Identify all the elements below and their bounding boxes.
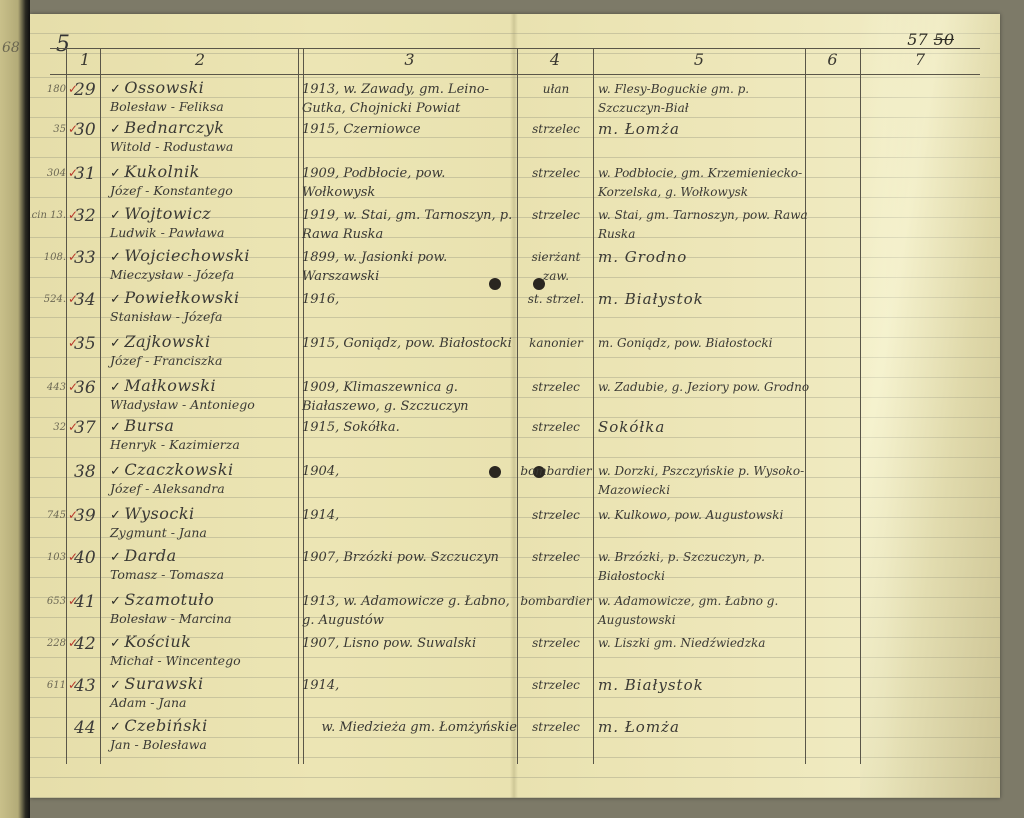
margin-reference: 180 xyxy=(30,84,66,95)
rank: strzelec xyxy=(520,164,592,183)
rank: st. strzel. xyxy=(520,290,592,309)
given-and-father-name: Bolesław - Marcina xyxy=(110,611,300,626)
surname: Kukolnik xyxy=(124,162,199,181)
given-and-father-name: Jan - Bolesława xyxy=(110,737,300,752)
address: w. Adamowicze, gm. Łabno g. Augustowski xyxy=(598,592,810,630)
name-cell: ✓Czebiński Jan - Bolesława xyxy=(110,716,300,752)
register-entry: 653 ✓ 41 ✓Szamotuło Bolesław - Marcina 1… xyxy=(30,592,1000,634)
column-header-6: 6 xyxy=(805,50,860,69)
margin-reference: cin 13. xyxy=(30,210,66,221)
check-icon: ✓ xyxy=(110,594,121,609)
birth-year-place: w. Miedzieża gm. Łomżyńskie xyxy=(302,718,523,737)
rank: strzelec xyxy=(520,718,592,737)
address: Sokółka xyxy=(598,418,810,437)
rank: strzelec xyxy=(520,548,592,567)
surname: Surawski xyxy=(124,674,203,693)
rank: strzelec xyxy=(520,378,592,397)
register-entry: 611 ✓ 43 ✓Surawski Adam - Jana 1914, str… xyxy=(30,676,1000,718)
name-cell: ✓Czaczkowski Józef - Aleksandra xyxy=(110,460,300,496)
given-and-father-name: Michał - Wincentego xyxy=(110,653,300,668)
register-entry: cin 13. ✓ 32 ✓Wojtowicz Ludwik - Pawława… xyxy=(30,206,1000,248)
address: w. Stai, gm. Tarnoszyn, pow. Rawa Ruska xyxy=(598,206,810,244)
given-and-father-name: Stanisław - Józefa xyxy=(110,309,300,324)
check-icon: ✓ xyxy=(110,550,121,565)
birth-year-place: 1916, xyxy=(302,290,517,309)
register-entry: 38 ✓Czaczkowski Józef - Aleksandra 1904,… xyxy=(30,462,1000,504)
margin-reference: 108. xyxy=(30,252,66,263)
rank: ułan xyxy=(520,80,592,99)
address: m. Białystok xyxy=(598,290,810,309)
rank: bombardier xyxy=(520,592,592,611)
address: w. Podbłocie, gm. Krzemieniecko-Korzelsk… xyxy=(598,164,810,202)
check-icon: ✓ xyxy=(110,420,121,435)
birth-year-place: 1915, Czerniowce xyxy=(302,120,517,139)
rank: strzelec xyxy=(520,418,592,437)
entry-number: 35 xyxy=(74,334,102,354)
entry-number: 39 xyxy=(74,506,102,526)
check-icon: ✓ xyxy=(110,250,121,265)
check-icon: ✓ xyxy=(110,82,121,97)
given-and-father-name: Józef - Konstantego xyxy=(110,183,300,198)
name-cell: ✓Surawski Adam - Jana xyxy=(110,674,300,710)
name-cell: ✓Zajkowski Józef - Franciszka xyxy=(110,332,300,368)
name-cell: ✓Ossowski Bolesław - Feliksa xyxy=(110,78,300,114)
entry-number: 34 xyxy=(74,290,102,310)
address: w. Kulkowo, pow. Augustowski xyxy=(598,506,810,525)
given-and-father-name: Witold - Rodustawa xyxy=(110,139,300,154)
rank: strzelec xyxy=(520,506,592,525)
name-cell: ✓Kościuk Michał - Wincentego xyxy=(110,632,300,668)
surname: Czaczkowski xyxy=(124,460,233,479)
address: m. Białystok xyxy=(598,676,810,695)
birth-year-place: 1915, Goniądz, pow. Białostocki xyxy=(302,334,517,353)
rank: strzelec xyxy=(520,120,592,139)
rank: sierżant zaw. xyxy=(520,248,592,286)
entry-number: 33 xyxy=(74,248,102,268)
check-icon: ✓ xyxy=(110,208,121,223)
surname: Szamotuło xyxy=(124,590,214,609)
name-cell: ✓Powiełkowski Stanisław - Józefa xyxy=(110,288,300,324)
check-icon: ✓ xyxy=(110,122,121,137)
entry-number: 41 xyxy=(74,592,102,612)
rank: kanonier xyxy=(520,334,592,353)
entry-number: 30 xyxy=(74,120,102,140)
name-cell: ✓Małkowski Władysław - Antoniego xyxy=(110,376,300,412)
entry-number: 38 xyxy=(74,462,102,482)
address: w. Brzózki, p. Szczuczyn, p. Białostocki xyxy=(598,548,810,586)
entry-number: 44 xyxy=(74,718,102,738)
entry-number: 31 xyxy=(74,164,102,184)
column-header-5: 5 xyxy=(593,50,805,69)
register-entry: ✓ 35 ✓Zajkowski Józef - Franciszka 1915,… xyxy=(30,334,1000,376)
entry-number: 36 xyxy=(74,378,102,398)
check-icon: ✓ xyxy=(110,678,121,693)
given-and-father-name: Zygmunt - Jana xyxy=(110,525,300,540)
ledger-binding: 68 xyxy=(0,0,30,818)
header-bottom-rule xyxy=(50,74,980,75)
entry-number: 43 xyxy=(74,676,102,696)
name-cell: ✓Wysocki Zygmunt - Jana xyxy=(110,504,300,540)
register-entry: 443 ✓ 36 ✓Małkowski Władysław - Antonieg… xyxy=(30,378,1000,420)
name-cell: ✓Wojciechowski Mieczysław - Józefa xyxy=(110,246,300,282)
given-and-father-name: Józef - Aleksandra xyxy=(110,481,300,496)
birth-year-place: 1899, w. Jasionki pow. Warszawski xyxy=(302,248,517,286)
name-cell: ✓Bursa Henryk - Kazimierza xyxy=(110,416,300,452)
register-entry: 180 ✓ 29 ✓Ossowski Bolesław - Feliksa 19… xyxy=(30,80,1000,122)
birth-year-place: 1904, xyxy=(302,462,517,481)
check-icon: ✓ xyxy=(110,720,121,735)
check-icon: ✓ xyxy=(110,166,121,181)
name-cell: ✓Szamotuło Bolesław - Marcina xyxy=(110,590,300,626)
given-and-father-name: Józef - Franciszka xyxy=(110,353,300,368)
address: w. Zadubie, g. Jeziory pow. Grodno xyxy=(598,378,810,397)
margin-reference: 35 xyxy=(30,124,66,135)
given-and-father-name: Mieczysław - Józefa xyxy=(110,267,300,282)
surname: Wojciechowski xyxy=(124,246,250,265)
column-header-2: 2 xyxy=(102,50,298,69)
ledger-page: 5 5750 1 2 3 4 5 6 7 180 ✓ 29 ✓Ossowski … xyxy=(30,14,1000,798)
check-icon: ✓ xyxy=(110,636,121,651)
address: w. Flesy-Boguckie gm. p. Szczuczyn-Biał xyxy=(598,80,810,118)
surname: Darda xyxy=(124,546,176,565)
surname: Małkowski xyxy=(124,376,216,395)
address: w. Dorzki, Pszczyńskie p. Wysoko-Mazowie… xyxy=(598,462,810,500)
surname: Bursa xyxy=(124,416,174,435)
surname: Czebiński xyxy=(124,716,207,735)
address: m. Grodno xyxy=(598,248,810,267)
page-number-struck: 50 xyxy=(934,30,954,49)
register-entry: 304 ✓ 31 ✓Kukolnik Józef - Konstantego 1… xyxy=(30,164,1000,206)
birth-year-place: 1914, xyxy=(302,676,517,695)
surname: Wysocki xyxy=(124,504,194,523)
given-and-father-name: Tomasz - Tomasza xyxy=(110,567,300,582)
margin-reference: 524. xyxy=(30,294,66,305)
page-number: 5750 xyxy=(907,30,954,49)
given-and-father-name: Ludwik - Pawława xyxy=(110,225,300,240)
margin-reference: 32 xyxy=(30,422,66,433)
check-icon: ✓ xyxy=(110,464,121,479)
address: m. Łomża xyxy=(598,718,810,737)
margin-reference: 103 xyxy=(30,552,66,563)
entry-number: 29 xyxy=(74,80,102,100)
birth-year-place: 1909, Klimaszewnica g. Białaszewo, g. Sz… xyxy=(302,378,517,416)
corner-mark: 5 xyxy=(56,32,70,57)
birth-year-place: 1913, w. Adamowicze g. Łabno, g. Augustó… xyxy=(302,592,517,630)
name-cell: ✓Darda Tomasz - Tomasza xyxy=(110,546,300,582)
column-header-1: 1 xyxy=(70,50,100,69)
register-entry: 745 ✓ 39 ✓Wysocki Zygmunt - Jana 1914, s… xyxy=(30,506,1000,548)
given-and-father-name: Henryk - Kazimierza xyxy=(110,437,300,452)
birth-year-place: 1919, w. Stai, gm. Tarnoszyn, p. Rawa Ru… xyxy=(302,206,517,244)
rank: bombardier xyxy=(520,462,592,481)
check-icon: ✓ xyxy=(110,336,121,351)
margin-reference: 228 xyxy=(30,638,66,649)
given-and-father-name: Adam - Jana xyxy=(110,695,300,710)
birth-year-place: 1914, xyxy=(302,506,517,525)
birth-year-place: 1909, Podbłocie, pow. Wołkowysk xyxy=(302,164,517,202)
margin-reference: 611 xyxy=(30,680,66,691)
register-entry: 44 ✓Czebiński Jan - Bolesława w. Miedzie… xyxy=(30,718,1000,760)
rank: strzelec xyxy=(520,676,592,695)
register-entry: 35 ✓ 30 ✓Bednarczyk Witold - Rodustawa 1… xyxy=(30,120,1000,162)
address: w. Liszki gm. Niedźwiedzka xyxy=(598,634,810,653)
check-icon: ✓ xyxy=(110,508,121,523)
column-header-3: 3 xyxy=(302,50,517,69)
birth-year-place: 1913, w. Zawady, gm. Leino-Gutka, Chojni… xyxy=(302,80,517,118)
birth-year-place: 1907, Lisno pow. Suwalski xyxy=(302,634,517,653)
rank: strzelec xyxy=(520,206,592,225)
entry-number: 37 xyxy=(74,418,102,438)
entry-number: 32 xyxy=(74,206,102,226)
register-entry: 228 ✓ 42 ✓Kościuk Michał - Wincentego 19… xyxy=(30,634,1000,676)
margin-reference: 304 xyxy=(30,168,66,179)
column-header-4: 4 xyxy=(517,50,593,69)
header-top-rule xyxy=(50,48,980,49)
surname: Wojtowicz xyxy=(124,204,211,223)
register-entry: 108. ✓ 33 ✓Wojciechowski Mieczysław - Jó… xyxy=(30,248,1000,290)
surname: Powiełkowski xyxy=(124,288,239,307)
margin-reference: 653 xyxy=(30,596,66,607)
name-cell: ✓Bednarczyk Witold - Rodustawa xyxy=(110,118,300,154)
margin-reference: 745 xyxy=(30,510,66,521)
address: m. Goniądz, pow. Białostocki xyxy=(598,334,810,353)
surname: Ossowski xyxy=(124,78,204,97)
birth-year-place: 1915, Sokółka. xyxy=(302,418,517,437)
binding-number: 68 xyxy=(2,40,20,56)
margin-reference: 443 xyxy=(30,382,66,393)
check-icon: ✓ xyxy=(110,292,121,307)
register-entry: 103 ✓ 40 ✓Darda Tomasz - Tomasza 1907, B… xyxy=(30,548,1000,590)
name-cell: ✓Wojtowicz Ludwik - Pawława xyxy=(110,204,300,240)
register-entry: 32 ✓ 37 ✓Bursa Henryk - Kazimierza 1915,… xyxy=(30,418,1000,460)
address: m. Łomża xyxy=(598,120,810,139)
name-cell: ✓Kukolnik Józef - Konstantego xyxy=(110,162,300,198)
given-and-father-name: Bolesław - Feliksa xyxy=(110,99,300,114)
surname: Zajkowski xyxy=(124,332,210,351)
surname: Bednarczyk xyxy=(124,118,224,137)
rank: strzelec xyxy=(520,634,592,653)
surname: Kościuk xyxy=(124,632,191,651)
birth-year-place: 1907, Brzózki pow. Szczuczyn xyxy=(302,548,517,567)
page-number-current: 57 xyxy=(907,30,927,49)
given-and-father-name: Władysław - Antoniego xyxy=(110,397,300,412)
entry-number: 42 xyxy=(74,634,102,654)
check-icon: ✓ xyxy=(110,380,121,395)
column-header-7: 7 xyxy=(860,50,980,69)
entry-number: 40 xyxy=(74,548,102,568)
register-entry: 524. ✓ 34 ✓Powiełkowski Stanisław - Józe… xyxy=(30,290,1000,332)
